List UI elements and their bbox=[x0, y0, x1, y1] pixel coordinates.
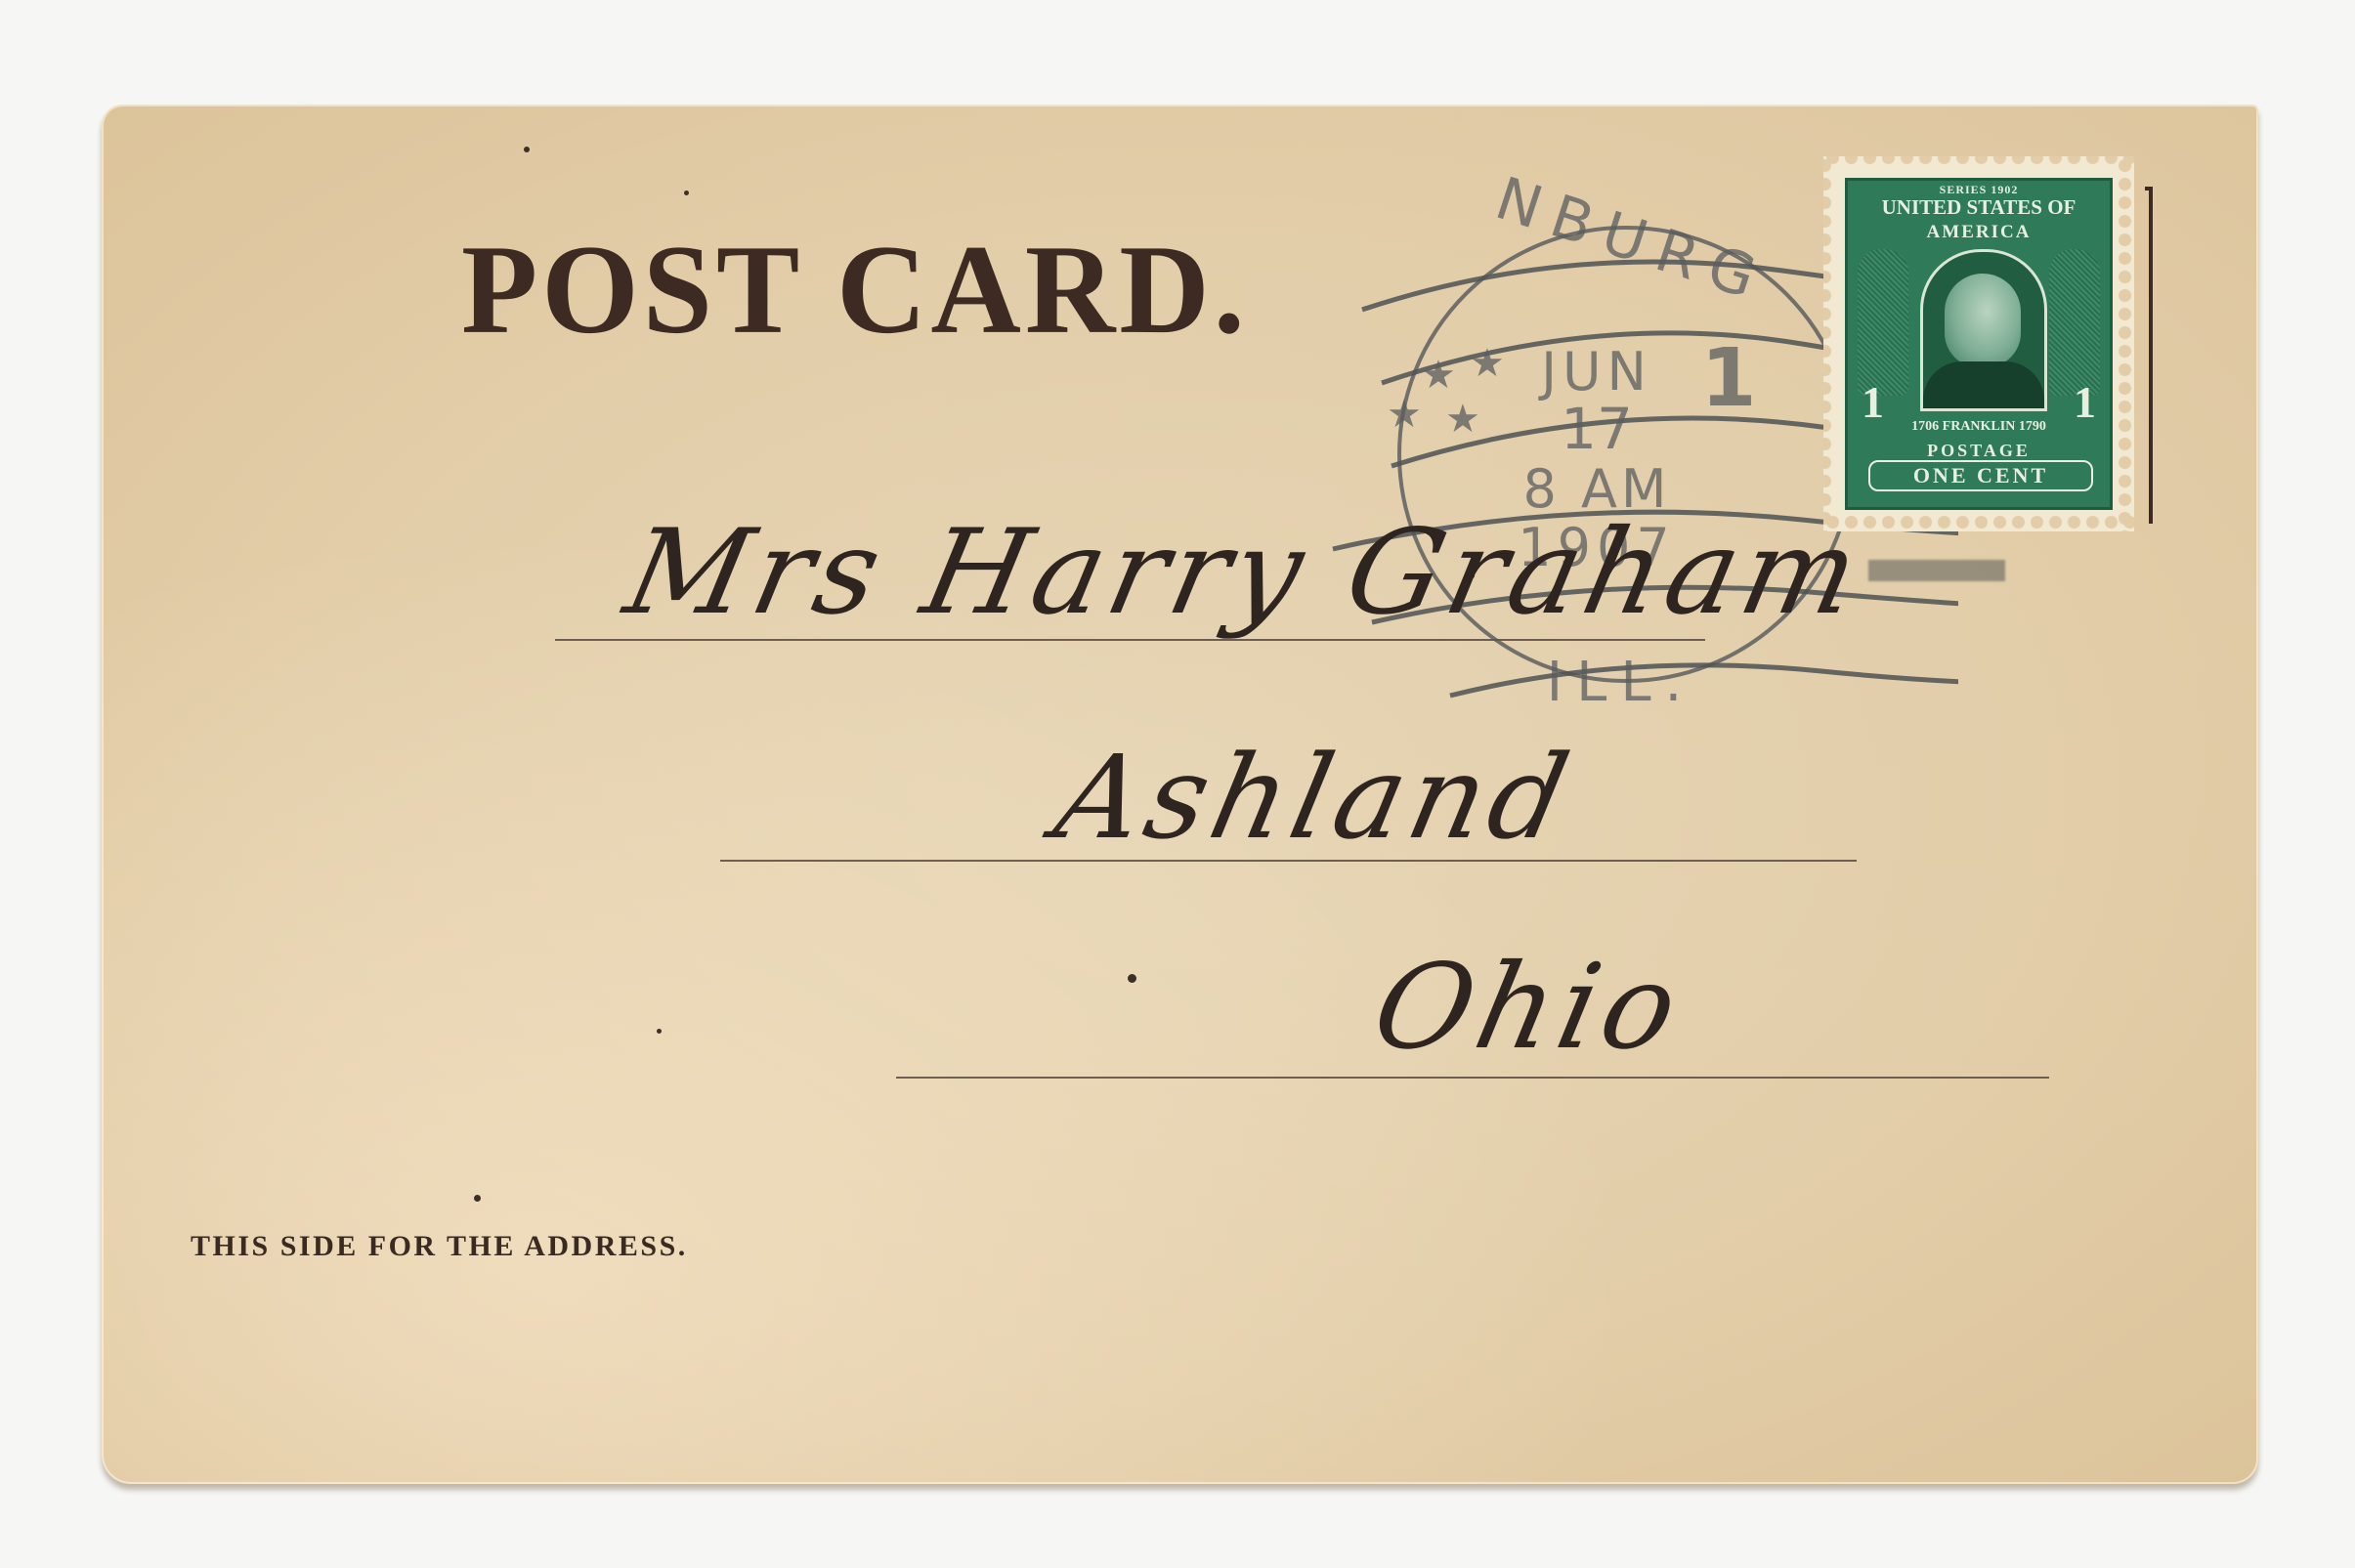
stamp-cherub-figure bbox=[2049, 249, 2100, 396]
portrait-coat bbox=[1923, 361, 2044, 408]
address-recipient: Mrs Harry Graham bbox=[615, 505, 1875, 641]
star-icon: ★ bbox=[1445, 397, 1480, 442]
address-line-3 bbox=[896, 1077, 2049, 1079]
post-card-heading: POST CARD. bbox=[461, 217, 1249, 363]
paper-speck bbox=[474, 1195, 481, 1202]
stamp-corner-bracket bbox=[2145, 187, 2153, 524]
postmark-town: NBURG bbox=[1487, 164, 1777, 317]
portrait-face bbox=[1945, 274, 2021, 367]
cancel-bar bbox=[1868, 560, 2005, 581]
paper-speck bbox=[524, 147, 530, 152]
postage-stamp: SERIES 1902 UNITED STATES OF AMERICA 1 1… bbox=[1823, 156, 2134, 531]
star-icon: ★ bbox=[1421, 353, 1456, 398]
paper-speck bbox=[657, 1029, 662, 1034]
postmark-day: 17 bbox=[1561, 396, 1633, 462]
address-state: Ohio bbox=[1362, 940, 1694, 1076]
stamp-country-line1: UNITED STATES OF bbox=[1848, 195, 2110, 220]
stamp-denomination: ONE CENT bbox=[1868, 460, 2092, 491]
franklin-portrait bbox=[1920, 249, 2047, 411]
stamp-portrait-name: 1706 FRANKLIN 1790 bbox=[1848, 419, 2110, 435]
stamp-postage-label: POSTAGE bbox=[1848, 441, 2110, 461]
postmark-machine-number: 1 bbox=[1700, 332, 1756, 425]
address-side-note: THIS SIDE FOR THE ADDRESS. bbox=[191, 1230, 688, 1263]
stamp-cherub-figure bbox=[1858, 249, 1908, 396]
paper-speck bbox=[684, 191, 689, 195]
postmark-state: ILL. bbox=[1547, 651, 1696, 714]
postcard: POST CARD. NBURG JUN 17 8 AM 1907 ILL. 1… bbox=[102, 105, 2258, 1484]
star-icon: ★ bbox=[1387, 392, 1422, 437]
stamp-design: SERIES 1902 UNITED STATES OF AMERICA 1 1… bbox=[1845, 178, 2113, 510]
star-icon: ★ bbox=[1470, 341, 1505, 386]
postmark-month: JUN bbox=[1538, 341, 1652, 403]
stamp-country-line2: AMERICA bbox=[1848, 222, 2110, 243]
address-city: Ashland bbox=[1045, 730, 1585, 865]
paper-speck bbox=[1128, 974, 1136, 983]
